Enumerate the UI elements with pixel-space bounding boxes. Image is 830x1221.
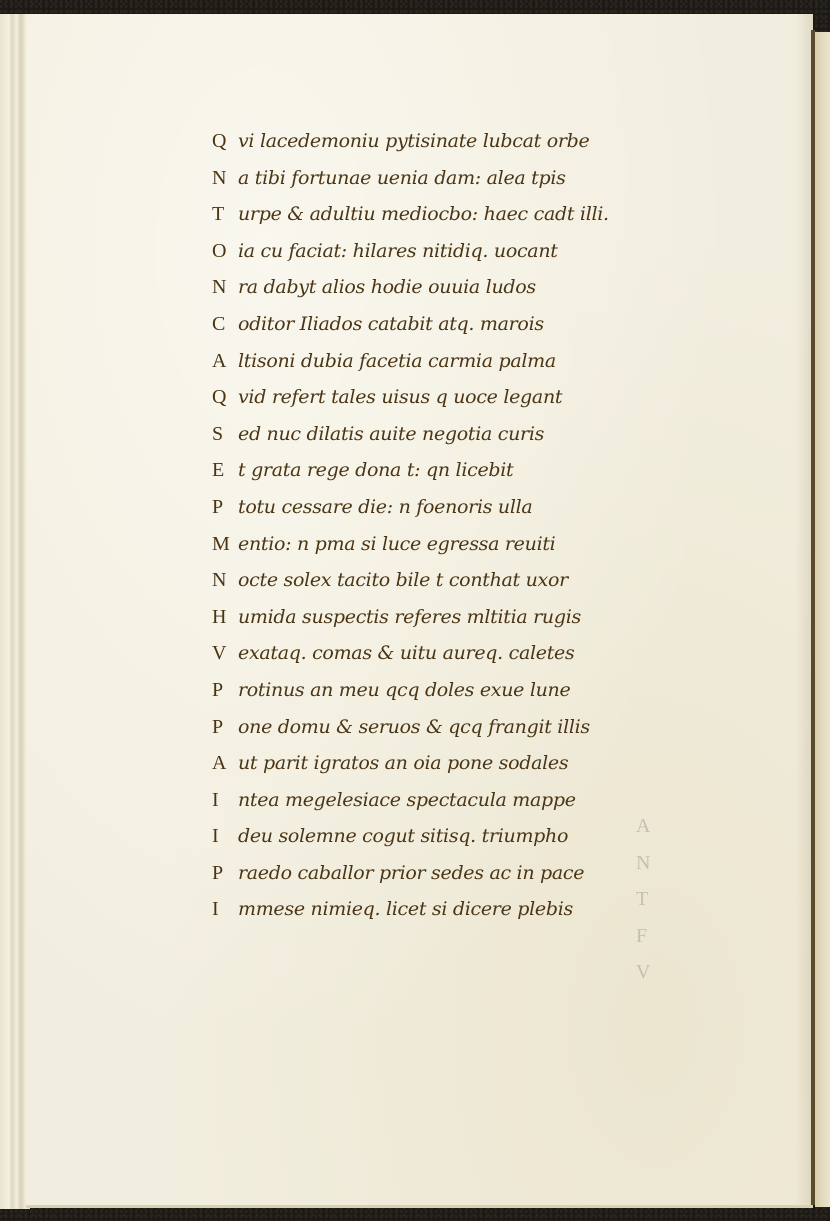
line-text: umida suspectis referes mltitia rugis (238, 606, 581, 628)
verse-line: Altisoni dubia facetia carmia palma (212, 350, 682, 387)
verse-line: Immese nimieq. licet si dicere plebis (212, 898, 682, 935)
verse-line: Ideu solemne cogut sitisq. triumpho (212, 825, 682, 862)
line-initial: I (212, 789, 238, 812)
line-text: ltisoni dubia facetia carmia palma (238, 350, 556, 372)
line-initial: T (212, 203, 238, 226)
verse-line: Nra dabyt alios hodie ouuia ludos (212, 276, 682, 313)
line-text: mmese nimieq. licet si dicere plebis (238, 898, 573, 920)
verse-line: Mentio: n pma si luce egressa reuiti (212, 533, 682, 570)
verse-text-block: Qvi lacedemoniu pytisinate lubcat orbe N… (212, 130, 682, 935)
line-initial: P (212, 716, 238, 739)
line-text: totu cessare die: n foenoris ulla (238, 496, 532, 518)
line-initial: Q (212, 386, 238, 409)
verse-line: Humida suspectis referes mltitia rugis (212, 606, 682, 643)
line-text: deu solemne cogut sitisq. triumpho (238, 825, 568, 847)
line-initial: I (212, 898, 238, 921)
line-text: raedo caballor prior sedes ac in pace (238, 862, 584, 884)
line-text: ra dabyt alios hodie ouuia ludos (238, 276, 536, 298)
line-initial: O (212, 240, 238, 263)
line-initial: C (212, 313, 238, 336)
verse-line: Intea megelesiace spectacula mappe (212, 789, 682, 826)
ghost-initial: V (636, 961, 696, 998)
verse-line: Vexataq. comas & uitu aureq. caletes (212, 642, 682, 679)
verse-line: Oia cu faciat: hilares nitidiq. uocant (212, 240, 682, 277)
line-initial: N (212, 569, 238, 592)
verse-line: Qvi lacedemoniu pytisinate lubcat orbe (212, 130, 682, 167)
line-text: rotinus an meu qcq doles exue lune (238, 679, 570, 701)
line-initial: M (212, 533, 238, 556)
line-text: vi lacedemoniu pytisinate lubcat orbe (238, 130, 589, 152)
line-text: one domu & seruos & qcq frangit illis (238, 716, 590, 738)
line-initial: A (212, 350, 238, 373)
line-text: a tibi fortunae uenia dam: alea tpis (238, 167, 566, 189)
line-text: ia cu faciat: hilares nitidiq. uocant (238, 240, 558, 262)
line-initial: P (212, 496, 238, 519)
verse-line: Et grata rege dona t: qn licebit (212, 459, 682, 496)
line-initial: E (212, 459, 238, 482)
line-initial: P (212, 862, 238, 885)
line-initial: N (212, 167, 238, 190)
line-initial: V (212, 642, 238, 665)
verse-line: Nocte solex tacito bile t conthat uxor (212, 569, 682, 606)
line-text: entio: n pma si luce egressa reuiti (238, 533, 555, 555)
verse-line: Coditor Iliados catabit atq. marois (212, 313, 682, 350)
line-initial: P (212, 679, 238, 702)
line-text: ed nuc dilatis auite negotia curis (238, 423, 544, 445)
verse-line: Na tibi fortunae uenia dam: alea tpis (212, 167, 682, 204)
verse-line: Aut parit igratos an oia pone sodales (212, 752, 682, 789)
verse-line: Protinus an meu qcq doles exue lune (212, 679, 682, 716)
line-initial: H (212, 606, 238, 629)
line-initial: I (212, 825, 238, 848)
verse-line: Ptotu cessare die: n foenoris ulla (212, 496, 682, 533)
line-text: t grata rege dona t: qn licebit (238, 459, 513, 481)
line-text: exataq. comas & uitu aureq. caletes (238, 642, 574, 664)
verse-line: Praedo caballor prior sedes ac in pace (212, 862, 682, 899)
facing-page-edge (815, 32, 830, 1207)
line-initial: S (212, 423, 238, 446)
line-initial: N (212, 276, 238, 299)
line-text: vid refert tales uisus q uoce legant (238, 386, 562, 408)
line-text: ut parit igratos an oia pone sodales (238, 752, 568, 774)
line-text: octe solex tacito bile t conthat uxor (238, 569, 568, 591)
line-initial: Q (212, 130, 238, 153)
verse-line: Sed nuc dilatis auite negotia curis (212, 423, 682, 460)
verse-line: Pone domu & seruos & qcq frangit illis (212, 716, 682, 753)
line-initial: A (212, 752, 238, 775)
verse-line: Qvid refert tales uisus q uoce legant (212, 386, 682, 423)
line-text: oditor Iliados catabit atq. marois (238, 313, 544, 335)
line-text: ntea megelesiace spectacula mappe (238, 789, 576, 811)
verse-line: Turpe & adultiu mediocbo: haec cadt illi… (212, 203, 682, 240)
line-text: urpe & adultiu mediocbo: haec cadt illi. (238, 203, 609, 225)
